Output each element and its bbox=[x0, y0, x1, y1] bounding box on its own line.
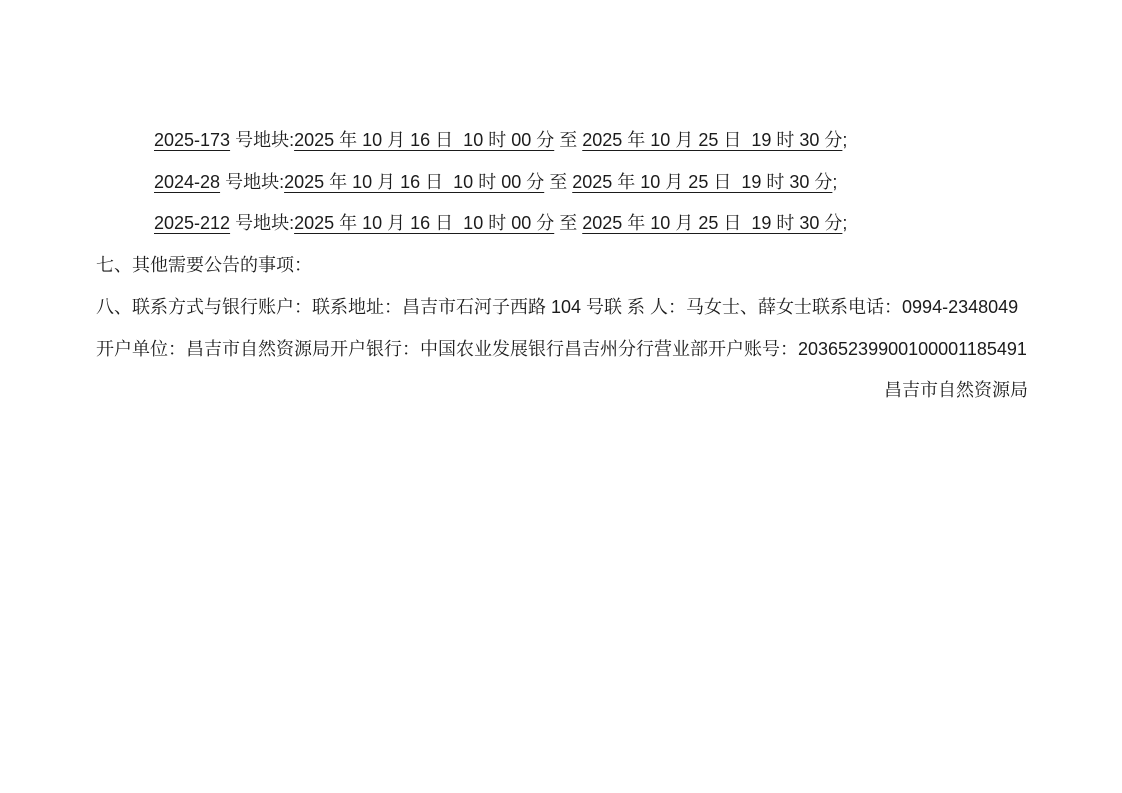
section-eight-line-2: 开户单位：昌吉市自然资源局开户银行：中国农业发展银行昌吉州分行营业部开户账号：2… bbox=[96, 329, 1028, 371]
parcel-label: 号地块: bbox=[230, 130, 294, 150]
start-datetime: 2025 年 10 月 16 日 10 时 00 分 bbox=[294, 130, 554, 150]
parcel-label: 号地块: bbox=[230, 213, 294, 233]
parcel-number: 2025-173 bbox=[154, 130, 230, 150]
parcel-label: 号地块: bbox=[220, 172, 284, 192]
section-seven-heading: 七、其他需要公告的事项： bbox=[96, 245, 1028, 287]
parcel-number: 2024-28 bbox=[154, 172, 220, 192]
end-datetime: 2025 年 10 月 25 日 19 时 30 分 bbox=[582, 213, 842, 233]
to-separator: 至 bbox=[544, 172, 572, 192]
section-eight-line-1: 八、联系方式与银行账户：联系地址：昌吉市石河子西路 104 号联 系 人：马女士… bbox=[96, 287, 1028, 329]
schedule-line-1: 2025-173 号地块:2025 年 10 月 16 日 10 时 00 分 … bbox=[96, 120, 1028, 162]
schedule-line-3: 2025-212 号地块:2025 年 10 月 16 日 10 时 00 分 … bbox=[96, 203, 1028, 245]
to-separator: 至 bbox=[554, 130, 582, 150]
signature-line: 昌吉市自然资源局 bbox=[96, 370, 1028, 412]
start-datetime: 2025 年 10 月 16 日 10 时 00 分 bbox=[294, 213, 554, 233]
parcel-number: 2025-212 bbox=[154, 213, 230, 233]
schedule-line-2: 2024-28 号地块:2025 年 10 月 16 日 10 时 00 分 至… bbox=[96, 162, 1028, 204]
line-suffix: ; bbox=[842, 213, 847, 233]
line-suffix: ; bbox=[832, 172, 837, 192]
start-datetime: 2025 年 10 月 16 日 10 时 00 分 bbox=[284, 172, 544, 192]
to-separator: 至 bbox=[554, 213, 582, 233]
end-datetime: 2025 年 10 月 25 日 19 时 30 分 bbox=[582, 130, 842, 150]
document-page: 2025-173 号地块:2025 年 10 月 16 日 10 时 00 分 … bbox=[0, 0, 1122, 793]
end-datetime: 2025 年 10 月 25 日 19 时 30 分 bbox=[572, 172, 832, 192]
document-body: 2025-173 号地块:2025 年 10 月 16 日 10 时 00 分 … bbox=[0, 0, 1122, 412]
line-suffix: ; bbox=[842, 130, 847, 150]
